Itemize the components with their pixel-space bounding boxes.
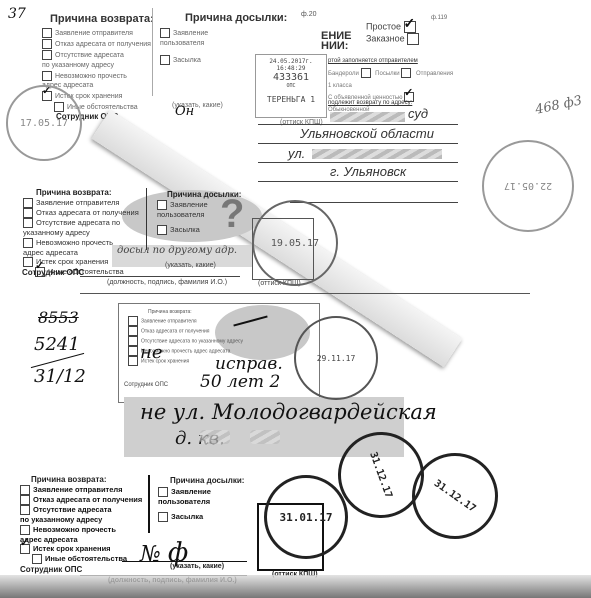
checkbox[interactable] [42, 28, 52, 38]
checkbox[interactable] [157, 225, 167, 235]
fold-rule [80, 293, 530, 294]
top-reason-0: Заявление отправителя [42, 28, 151, 39]
stamp-type: ОПС [256, 83, 326, 89]
mid-reason-1: Отказ адресата от получения [23, 208, 139, 218]
redacted-block [312, 149, 442, 159]
postmark-date: 22.05.17 [504, 181, 552, 192]
mid-forward-1: Засылка [157, 225, 217, 235]
checkbox[interactable] [158, 487, 168, 497]
bottom-return-reasons: Заявление отправителя Отказ адресата от … [20, 485, 142, 564]
rule [80, 276, 240, 277]
other-circumstances-handwriting: досыл по другому адр. [117, 245, 237, 256]
mid-reason-0: Заявление отправителя [23, 198, 139, 208]
checkbox[interactable] [42, 50, 52, 60]
top-forward-reason-title: Причина досылки: [185, 12, 287, 24]
stamp-index: 433361 [256, 72, 326, 83]
address-line-0: суд [408, 106, 428, 121]
postmark-gavrilovka-1: 17.05.17 [6, 85, 82, 161]
checkbox[interactable] [20, 525, 30, 535]
checkbox[interactable] [160, 55, 170, 65]
checkbox-checked[interactable] [20, 544, 30, 554]
bottom-forward-1: Засылка [158, 512, 228, 522]
handwriting-1: не [140, 342, 163, 363]
lower-reason: Заявление отправителя [128, 316, 243, 326]
address-line-2: ул. [288, 146, 305, 161]
mid-forward-0: Заявление пользователя [157, 200, 217, 219]
bottom-reason-2: Отсутствие адресата по указанному адресу [20, 505, 120, 525]
mid-return-reason-title: Причина возврата: [36, 188, 111, 197]
rule [258, 181, 458, 182]
checkbox[interactable] [23, 208, 33, 218]
rule [258, 162, 458, 163]
postmark-date: 31.12.17 [368, 450, 395, 499]
bottom-reason-3: Невозможно прочесть адрес адресата [20, 525, 120, 545]
checkbox[interactable] [361, 68, 371, 78]
checkbox[interactable] [128, 346, 138, 356]
mid-forward-reasons: Заявление пользователя Засылка [157, 200, 217, 235]
checkbox[interactable] [158, 512, 168, 522]
postmark-date: 31.01.17 [280, 511, 333, 524]
top-forward-reasons: Заявление пользователя Засылка [160, 28, 230, 66]
top-reason-1: Отказ адресата от получения [42, 39, 151, 50]
postmark-ulyanovsk: 31.01.17 [264, 475, 348, 559]
bottom-reason-5: Иные обстоятельства [20, 554, 142, 564]
postmark-terenga: 22.05.17 [482, 140, 574, 232]
lower-reason: Отказ адресата от получения [128, 326, 243, 336]
checkbox[interactable] [42, 71, 52, 81]
divider [152, 8, 153, 96]
checkbox[interactable] [20, 495, 30, 505]
stamp-office: ТЕРЕНЬГА 1 [256, 95, 326, 104]
stamp-datetime: 24.05.2017г. 16:48:29 [256, 58, 326, 72]
lower-return-title: Причина возврата: [128, 308, 243, 316]
postmark-date: 31.12.17 [432, 478, 478, 515]
top-return-reason-title: Причина возврата: [50, 13, 154, 25]
redacted-block [330, 112, 405, 122]
bottom-forward-reasons: Заявление пользователя Засылка [158, 487, 228, 522]
checkbox[interactable] [128, 316, 138, 326]
margin-handwriting: 468 ф3 [534, 93, 583, 118]
return-address-label: подлежит возврату по адресу: [328, 100, 412, 106]
rule [258, 143, 458, 144]
address-line-3: г. Ульяновск [330, 164, 406, 179]
notice-form-code: ф.119 [431, 15, 447, 21]
mid-return-reasons: Заявление отправителя Отказ адресата от … [23, 198, 139, 277]
postmark-pochta: 29.11.17 [294, 316, 378, 400]
notice-subtitle: НИИ: [321, 40, 348, 52]
question-mark: ? [220, 192, 244, 237]
mid-reason-2: Отсутствие адресата по указанному адресу [23, 218, 123, 238]
bottom-return-reason-title: Причина возврата: [31, 475, 106, 484]
checkbox[interactable] [128, 336, 138, 346]
bottom-forward-0: Заявление пользователя [158, 487, 228, 506]
bottom-reason-0: Заявление отправителя [20, 485, 142, 495]
checkbox[interactable] [128, 356, 138, 366]
mid-signature-caption: (должность, подпись, фамилия И.О.) [107, 279, 227, 286]
postmark-date: 29.11.17 [317, 354, 356, 363]
crossed-number: 8553 [38, 308, 79, 327]
corner-number: 37 [8, 6, 26, 22]
simple-option: Простое [366, 21, 419, 33]
bottom-reason-1: Отказ адресата от получения [20, 495, 142, 505]
top-form-code: ф.20 [301, 11, 317, 18]
top-forward-1: Засылка [160, 55, 230, 66]
checkbox[interactable] [157, 200, 167, 210]
postmark-date: 17.05.17 [20, 118, 68, 129]
bottom-reason-4: Истек срок хранения [20, 544, 142, 554]
registered-checkbox[interactable] [407, 33, 419, 45]
postmark-date: 19.05.17 [271, 238, 319, 249]
sender-line: ртой заполняется отправителем [328, 58, 418, 64]
mid-specify-caption: (указать, какие) [165, 262, 216, 269]
checkbox[interactable] [23, 198, 33, 208]
divider [148, 475, 150, 533]
kpsh-stamp-box: 24.05.2017г. 16:48:29 433361 ОПС ТЕРЕНЬГ… [255, 54, 327, 118]
mid-reason-3: Невозможно прочесть адрес адресата [23, 238, 123, 258]
handwriting-3: 50 лет 2 [200, 372, 280, 392]
checkbox[interactable] [160, 28, 170, 38]
redacted-block [200, 430, 230, 444]
bottom-employee-label: Сотрудник ОПС [20, 565, 82, 574]
divider [146, 188, 147, 250]
top-handwritten-signature: Он [175, 104, 194, 119]
number-2: 31/12 [34, 366, 86, 387]
notice-types: Бандероли Посылки Отправления 1 класса С… [328, 68, 458, 116]
checkbox[interactable] [23, 257, 33, 267]
address-line-1: Ульяновской области [300, 126, 434, 141]
checkbox[interactable] [128, 326, 138, 336]
redirect-note-line1: не ул. Молодогвардейская [140, 400, 437, 424]
checkbox[interactable] [401, 68, 411, 78]
handwriting-2: исправ. [215, 354, 283, 374]
rule [290, 202, 458, 203]
registered-option: Заказное [366, 33, 422, 45]
postmark-gavrilovka-2: 19.05.17 [252, 200, 338, 286]
bottom-signature: № ф [140, 538, 188, 568]
checkbox[interactable] [23, 238, 33, 248]
simple-checkbox[interactable] [404, 21, 416, 33]
top-forward-0: Заявление пользователя [160, 28, 230, 49]
number-1: 5241 [34, 334, 80, 355]
checkbox[interactable] [20, 485, 30, 495]
redacted-block [250, 430, 280, 444]
lower-employee-label: Сотрудник ОПС [124, 382, 168, 388]
bottom-forward-reason-title: Причина досылки: [170, 476, 244, 485]
checkbox[interactable] [23, 218, 33, 228]
rule [258, 124, 458, 125]
mid-employee-label: Сотрудник ОПС [22, 268, 84, 277]
shadow-edge [0, 575, 591, 598]
top-reason-2: Отсутствие адресата по указанному адресу [42, 50, 127, 71]
checkbox[interactable] [32, 554, 42, 564]
checkbox[interactable] [42, 39, 52, 49]
checkbox[interactable] [20, 505, 30, 515]
